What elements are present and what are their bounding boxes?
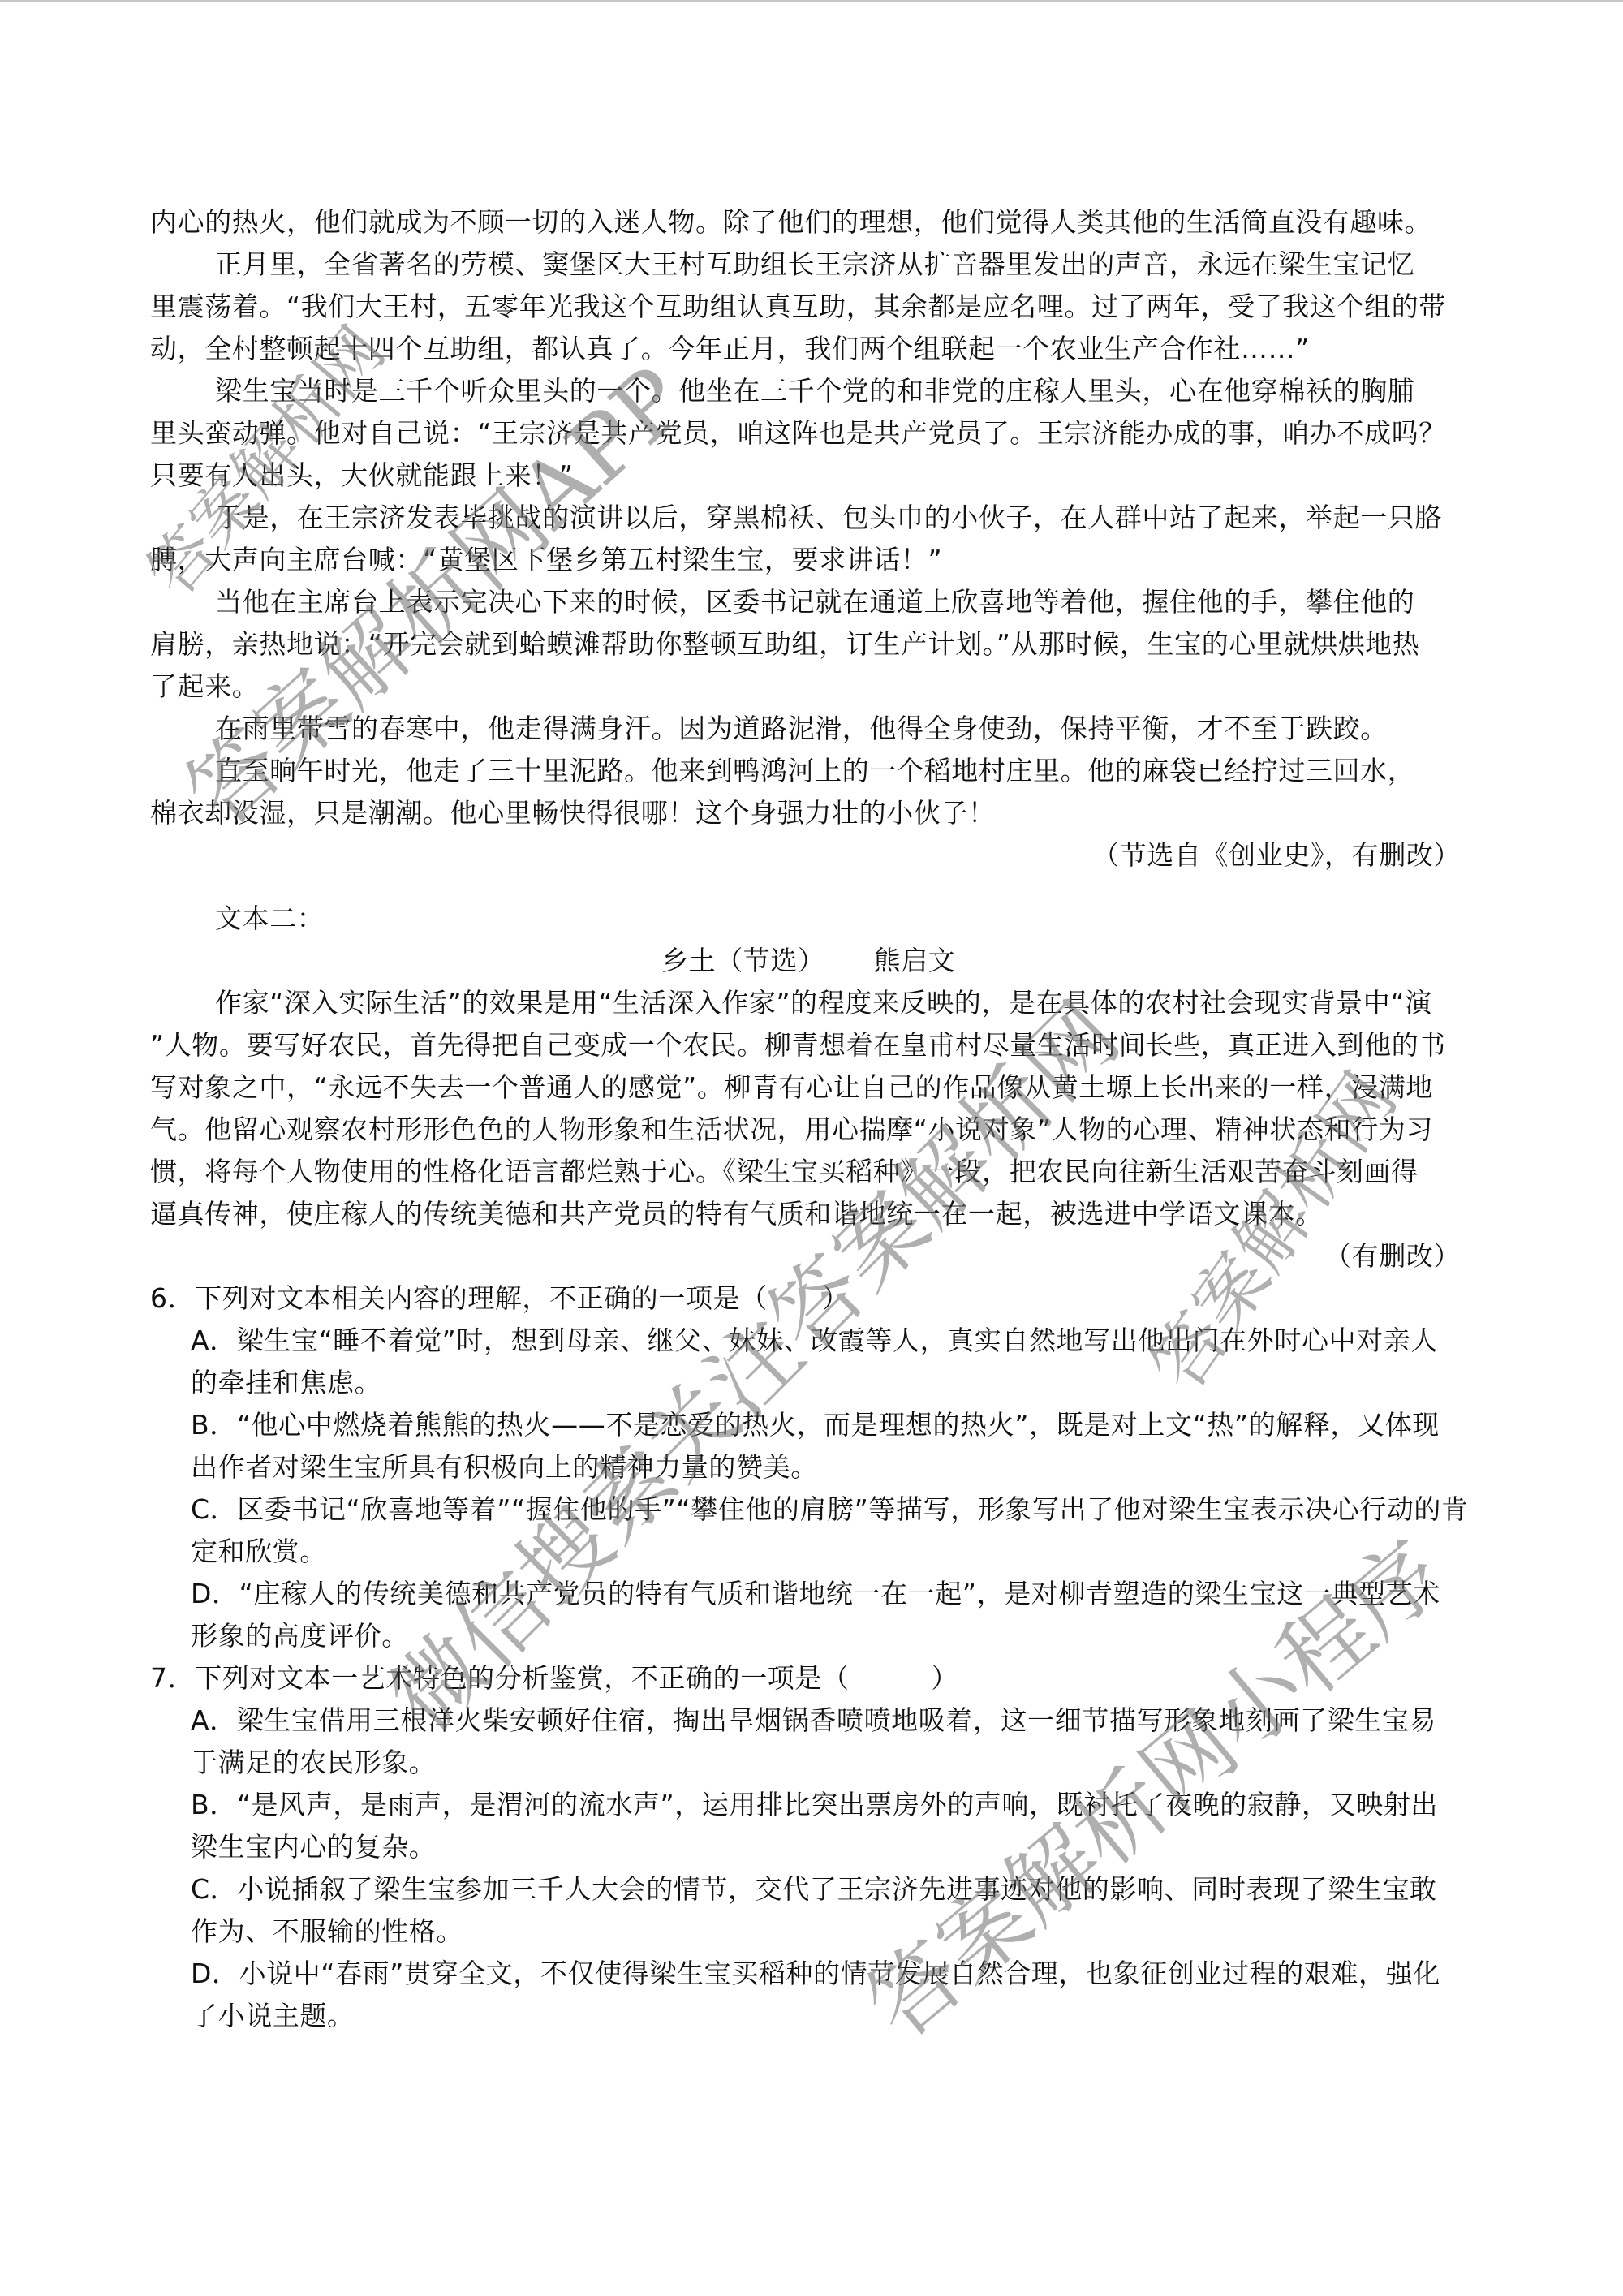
question-stem: 7．下列对文本一艺术特色的分析鉴赏，不正确的一项是（ ） [150,1657,1477,1699]
passage-line: 惯，将每个人物使用的性格化语言都烂熟于心。《梁生宝买稻种》一段，把农民向往新生活… [150,1151,1477,1193]
passage-line: 膊，大声向主席台喊：“黄堡区下堡乡第五村梁生宝，要求讲话！” [150,539,1477,581]
option-line: B．“是风声，是雨声，是渭河的流水声”，运用排比突出票房外的声响，既衬托了夜晚的… [150,1784,1477,1826]
answer-option[interactable]: A．梁生宝“睡不着觉”时，想到母亲、继父、妹妹、改霞等人，真实自然地写出他出门在… [150,1320,1477,1404]
text-one-source: （节选自《创业史》，有删改） [150,834,1477,877]
text-two-label: 文本二： [150,898,1477,940]
question-7: 7．下列对文本一艺术特色的分析鉴赏，不正确的一项是（ ）A．梁生宝借用三根洋火柴… [150,1657,1477,2037]
option-line: 的牵挂和焦虑。 [150,1362,1477,1404]
option-line: D．“庄稼人的传统美德和共产党员的特有气质和谐地统一在一起”，是对柳青塑造的梁生… [150,1573,1477,1615]
passage-line: 当他在主席台上表示完决心下来的时候，区委书记就在通道上欣喜地等着他，握住他的手，… [150,581,1477,623]
page-top-border [0,0,1623,2]
option-line: 于满足的农民形象。 [150,1742,1477,1784]
passage-line: 了起来。 [150,666,1477,708]
option-line: A．梁生宝借用三根洋火柴安顿好住宿，掏出旱烟锅香喷喷地吸着，这一细节描写形象地刻… [150,1699,1477,1742]
question-6: 6．下列对文本相关内容的理解，不正确的一项是（ ）A．梁生宝“睡不着觉”时，想到… [150,1277,1477,1657]
passage-line: 气。他留心观察农村形形色色的人物形象和生活状况，用心揣摩“小说对象”人物的心理、… [150,1109,1477,1151]
option-line: C．区委书记“欣喜地等着”“握住他的手”“攀住他的肩膀”等描写，形象写出了他对梁… [150,1488,1477,1531]
answer-option[interactable]: D．“庄稼人的传统美德和共产党员的特有气质和谐地统一在一起”，是对柳青塑造的梁生… [150,1573,1477,1657]
answer-option[interactable]: A．梁生宝借用三根洋火柴安顿好住宿，掏出旱烟锅香喷喷地吸着，这一细节描写形象地刻… [150,1699,1477,1784]
passage-line: 直至晌午时光，他走了三十里泥路。他来到鸭鸿河上的一个稻地村庄里。他的麻袋已经拧过… [150,750,1477,792]
passage-line: 梁生宝当时是三千个听众里头的一个。他坐在三千个党的和非党的庄稼人里头，心在他穿棉… [150,370,1477,412]
answer-option[interactable]: B．“他心中燃烧着熊熊的热火——不是恋爱的热火，而是理想的热火”，既是对上文“热… [150,1404,1477,1488]
option-line: 了小说主题。 [150,1995,1477,2037]
option-line: 梁生宝内心的复杂。 [150,1826,1477,1868]
passage-line: 里震荡着。“我们大王村，五零年光我这个互助组认真互助，其余都是应名哩。过了两年，… [150,286,1477,328]
passage-line: 肩膀，亲热地说：“开完会就到蛤蟆滩帮助你整顿互助组，订生产计划。”从那时候，生宝… [150,623,1477,666]
passage-line: 作家“深入实际生活”的效果是用“生活深入作家”的程度来反映的，是在具体的农村社会… [150,982,1477,1024]
text-two-title: 乡土（节选） [661,945,825,976]
text-two-source: （有删改） [150,1235,1477,1277]
passage-line: 正月里，全省著名的劳模、窦堡区大王村互助组长王宗济从扩音器里发出的声音，永远在梁… [150,243,1477,286]
answer-option[interactable]: B．“是风声，是雨声，是渭河的流水声”，运用排比突出票房外的声响，既衬托了夜晚的… [150,1784,1477,1868]
answer-option[interactable]: D．小说中“春雨”贯穿全文，不仅使得梁生宝买稻种的情节发展自然合理，也象征创业过… [150,1953,1477,2037]
passage-line: 在雨里带雪的春寒中，他走得满身汗。因为道路泥滑，他得全身使劲，保持平衡，才不至于… [150,708,1477,750]
passage-line: ”人物。要写好农民，首先得把自己变成一个农民。柳青想着在皇甫村尽量生活时间长些，… [150,1024,1477,1066]
option-line: 定和欣赏。 [150,1531,1477,1573]
text-one-passage: 内心的热火，他们就成为不顾一切的入迷人物。除了他们的理想，他们觉得人类其他的生活… [150,201,1477,834]
passage-line: 里头蛮动弹。他对自己说：“王宗济是共产党员，咱这阵也是共产党员了。王宗济能办成的… [150,412,1477,454]
answer-option[interactable]: C．小说插叙了梁生宝参加三千人大会的情节，交代了王宗济先进事迹对他的影响、同时表… [150,1868,1477,1953]
text-two-title-line: 乡土（节选）熊启文 [150,940,1477,982]
questions-section: 6．下列对文本相关内容的理解，不正确的一项是（ ）A．梁生宝“睡不着觉”时，想到… [150,1277,1477,2037]
option-line: 形象的高度评价。 [150,1615,1477,1657]
passage-line: 棉衣却没湿，只是潮潮。他心里畅快得很哪！这个身强力壮的小伙子！ [150,792,1477,834]
text-two-passage: 作家“深入实际生活”的效果是用“生活深入作家”的程度来反映的，是在具体的农村社会… [150,982,1477,1235]
answer-option[interactable]: C．区委书记“欣喜地等着”“握住他的手”“攀住他的肩膀”等描写，形象写出了他对梁… [150,1488,1477,1573]
text-two-author: 熊启文 [874,945,956,976]
passage-line: 逼真传神，使庄稼人的传统美德和共产党员的特有气质和谐地统一在一起，被选进中学语文… [150,1193,1477,1235]
option-line: 作为、不服输的性格。 [150,1910,1477,1953]
passage-line: 于是，在王宗济发表毕挑战的演讲以后，穿黑棉袄、包头巾的小伙子，在人群中站了起来，… [150,497,1477,539]
passage-line: 写对象之中，“永远不失去一个普通人的感觉”。柳青有心让自己的作品像从黄土塬上长出… [150,1066,1477,1109]
option-line: C．小说插叙了梁生宝参加三千人大会的情节，交代了王宗济先进事迹对他的影响、同时表… [150,1868,1477,1910]
option-line: D．小说中“春雨”贯穿全文，不仅使得梁生宝买稻种的情节发展自然合理，也象征创业过… [150,1953,1477,1995]
passage-line: 只要有人出头，大伙就能跟上来！” [150,454,1477,497]
passage-line: 动，全村整顿起十四个互助组，都认真了。今年正月，我们两个组联起一个农业生产合作社… [150,328,1477,370]
exam-page: 内心的热火，他们就成为不顾一切的入迷人物。除了他们的理想，他们觉得人类其他的生活… [150,201,1477,2037]
option-line: 出作者对梁生宝所具有积极向上的精神力量的赞美。 [150,1446,1477,1488]
question-stem: 6．下列对文本相关内容的理解，不正确的一项是（ ） [150,1277,1477,1320]
option-line: B．“他心中燃烧着熊熊的热火——不是恋爱的热火，而是理想的热火”，既是对上文“热… [150,1404,1477,1446]
passage-line: 内心的热火，他们就成为不顾一切的入迷人物。除了他们的理想，他们觉得人类其他的生活… [150,201,1477,243]
option-line: A．梁生宝“睡不着觉”时，想到母亲、继父、妹妹、改霞等人，真实自然地写出他出门在… [150,1320,1477,1362]
